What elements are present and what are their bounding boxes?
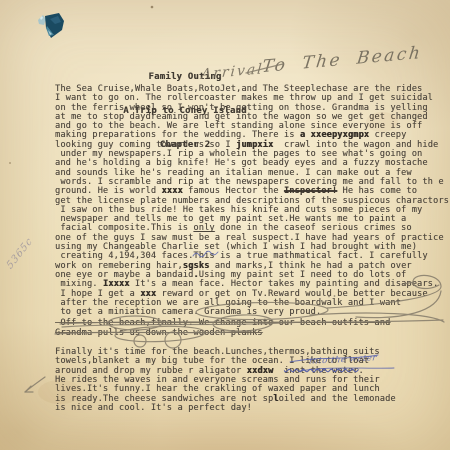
typed-body: The Sea Cruise,Whale Boats,RotoJet,and T… <box>55 85 450 413</box>
paragraph-1: The Sea Cruise,Whale Boats,RotoJet,and T… <box>55 85 450 317</box>
document-page: Family Outing A Trip to Coney Island Cha… <box>0 0 450 450</box>
typed-line: Grandma pulls us down the wooden planks <box>55 329 450 338</box>
handwritten-beach-heading: To The Beach <box>261 43 423 77</box>
ink-stamp-logo <box>36 12 70 44</box>
typed-line: is nice and cool. It's a perfect day! <box>55 404 450 413</box>
handwritten-margin-code: 5365c <box>5 235 35 271</box>
paragraph-2: Off to the beach,finally. We change into… <box>55 319 450 338</box>
paragraph-3: Finally it's time for the beach.Lunches,… <box>55 348 450 413</box>
typed-line: to get a miniation camera. Grandma is ve… <box>55 308 450 317</box>
